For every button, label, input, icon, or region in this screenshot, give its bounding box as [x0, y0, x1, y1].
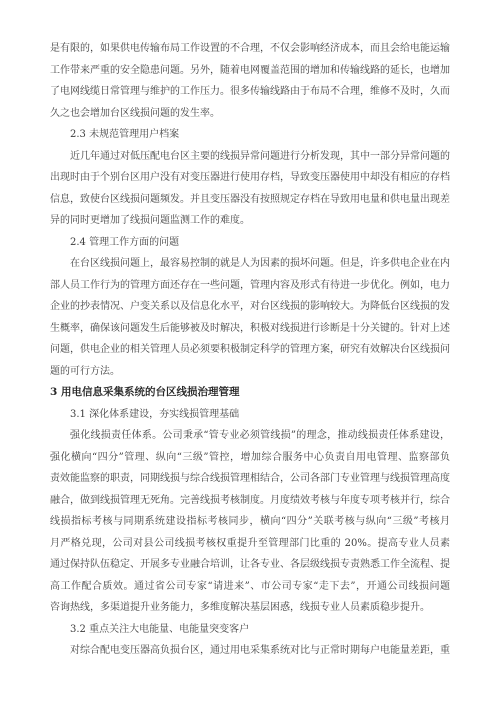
text-line: 是有限的，如果供电传输布局工作设置的不合理，不仅会影响经济成本，而且会给电能运输: [50, 38, 450, 60]
text-line: 融合，做到线损管理无死角。完善线损考核制度。月度绩效考核与年度专项考核并行，综合: [50, 490, 450, 512]
document-body: 是有限的，如果供电传输布局工作设置的不合理，不仅会影响经济成本，而且会给电能运输…: [50, 38, 450, 662]
text-line: 题的可行方法。: [50, 361, 450, 383]
heading-2-3: 2.3 未规范管理用户档案: [50, 124, 450, 146]
text-line: 通过保持队伍稳定、开展多专业融合培训，让各专业、各层级线损专责熟悉工作全流程、提: [50, 554, 450, 576]
text-line: 责效能监察的职责，同期线损与综合线损管理相结合，公司各部门专业管理与线损管理高度: [50, 468, 450, 490]
text-line: 问题，供电企业的相关管理人员必须要积极制定科学的管理方案，研究有效解决台区线损问: [50, 339, 450, 361]
text-line: 对综合配电变压器高负损台区，通过用电采集系统对比与正常时期每户电能量差距，重: [50, 640, 450, 662]
heading-2-4: 2.4 管理工作方面的问题: [50, 232, 450, 254]
text-line: 3.2 重点关注大电能量、电能量突变客户: [50, 619, 450, 641]
text-line: 2.4 管理工作方面的问题: [50, 232, 450, 254]
text-line: 月严格兑现，公司对县公司线损考核权重提升至管理部门比重的 20%。提高专业人员素…: [50, 533, 450, 555]
document-page: 是有限的，如果供电传输布局工作设置的不合理，不仅会影响经济成本，而且会给电能运输…: [0, 0, 500, 707]
text-line: 3 用电信息采集系统的台区线损治理管理: [50, 382, 450, 404]
paragraph-2-3: 近几年通过对低压配电台区主要的线损异常问题进行分析发现，其中一部分异常问题的出现…: [50, 146, 450, 232]
text-line: 异的同时更增加了线损问题监测工作的难度。: [50, 210, 450, 232]
heading-3-1: 3.1 深化体系建设，夯实线损管理基础: [50, 404, 450, 426]
paragraph-3-2: 对综合配电变压器高负损台区，通过用电采集系统对比与正常时期每户电能量差距，重: [50, 640, 450, 662]
text-line: 近几年通过对低压配电台区主要的线损异常问题进行分析发现，其中一部分异常问题的: [50, 146, 450, 168]
text-line: 出现时由于个别台区用户没有对变压器进行使用存档，导致变压器使用中却没有相应的存档: [50, 167, 450, 189]
text-line: 强化横向“四分”管理、纵向“三级”管控，增加综合服务中心负责自用电管理、监察部负: [50, 447, 450, 469]
text-line: 工作带来严重的安全隐患问题。另外，随着电网覆盖范围的增加和传输线路的延长，也增加: [50, 60, 450, 82]
text-line: 在台区线损问题上，最容易控制的就是人为因素的损坏问题。但是，许多供电企业在内: [50, 253, 450, 275]
paragraph-2-4: 在台区线损问题上，最容易控制的就是人为因素的损坏问题。但是，许多供电企业在内部人…: [50, 253, 450, 382]
heading-3-2: 3.2 重点关注大电能量、电能量突变客户: [50, 619, 450, 641]
text-line: 高工作配合质效。通过省公司专家“请进来”、市公司专家“走下去”，开通公司线损问题: [50, 576, 450, 598]
text-line: 部人员工作行为的管理方面还存在一些问题，管理内容及形式有待进一步优化。例如，电力: [50, 275, 450, 297]
text-line: 了电网线缆日常管理与维护的工作压力。很多传输线路由于布局不合理，维修不及时，久而: [50, 81, 450, 103]
text-line: 生概率，确保该问题发生后能够被及时解决，积极对线损进行诊断是十分关键的。针对上述: [50, 318, 450, 340]
heading-3: 3 用电信息采集系统的台区线损治理管理: [50, 382, 450, 404]
paragraph-continuation: 是有限的，如果供电传输布局工作设置的不合理，不仅会影响经济成本，而且会给电能运输…: [50, 38, 450, 124]
text-line: 强化线损责任体系。公司秉承“管专业必须管线损”的理念，推动线损责任体系建设，: [50, 425, 450, 447]
text-line: 线损指标考核与同期系统建设指标考核同步，横向“四分”关联考核与纵向“三级”考核月: [50, 511, 450, 533]
paragraph-3-1: 强化线损责任体系。公司秉承“管专业必须管线损”的理念，推动线损责任体系建设，强化…: [50, 425, 450, 619]
text-line: 2.3 未规范管理用户档案: [50, 124, 450, 146]
text-line: 咨询热线，多渠道提升业务能力，多维度解决基层困惑，线损专业人员素质稳步提升。: [50, 597, 450, 619]
text-line: 信息，致使台区线损问题频发。并且变压器没有按照规定存档在导致用电量和供电量出现差: [50, 189, 450, 211]
text-line: 3.1 深化体系建设，夯实线损管理基础: [50, 404, 450, 426]
text-line: 久之也会增加台区线损问题的发生率。: [50, 103, 450, 125]
text-line: 企业的抄表情况、户变关系以及信息化水平，对台区线损的影响较大。为降低台区线损的发: [50, 296, 450, 318]
